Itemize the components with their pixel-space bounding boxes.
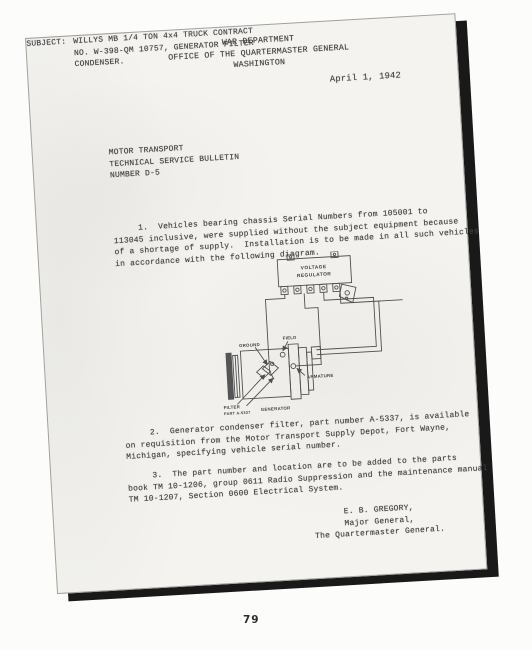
wiring-diagram: VOLTAGE REGULATOR [207,248,412,434]
bulletin-identifier: MOTOR TRANSPORT TECHNICAL SERVICE BULLET… [108,140,240,182]
diagram-callouts: GROUND FIELD ARMATURE GENERATOR FILTER P… [220,333,336,416]
filter-condenser [256,361,279,378]
armature-label: ARMATURE [307,373,334,380]
filter-label-line2: PART A-5337 [224,411,251,417]
field-label: FIELD [283,335,297,341]
voltage-regulator-box: VOLTAGE REGULATOR [277,250,357,306]
field-terminal [280,352,285,357]
scan-background: WAR DEPARTMENT OFFICE OF THE QUARTERMAST… [0,0,532,650]
voltage-regulator-label-line1: VOLTAGE [301,264,328,272]
armature-terminal [291,364,296,369]
voltage-regulator-label-line2: REGULATOR [297,271,332,279]
filter-label-line1: FILTER [223,404,240,410]
wires [265,288,407,380]
generator-label: GENERATOR [261,405,292,412]
generator-body [240,348,291,399]
signature-block: E. B. GREGORY, Major General, The Quarte… [294,500,466,544]
page-number: 79 [243,614,260,626]
document-date: April 1, 1942 [330,70,402,86]
ground-label: GROUND [239,342,260,348]
generator-drawing [225,343,323,403]
scanned-document-page: WAR DEPARTMENT OFFICE OF THE QUARTERMAST… [25,13,487,594]
